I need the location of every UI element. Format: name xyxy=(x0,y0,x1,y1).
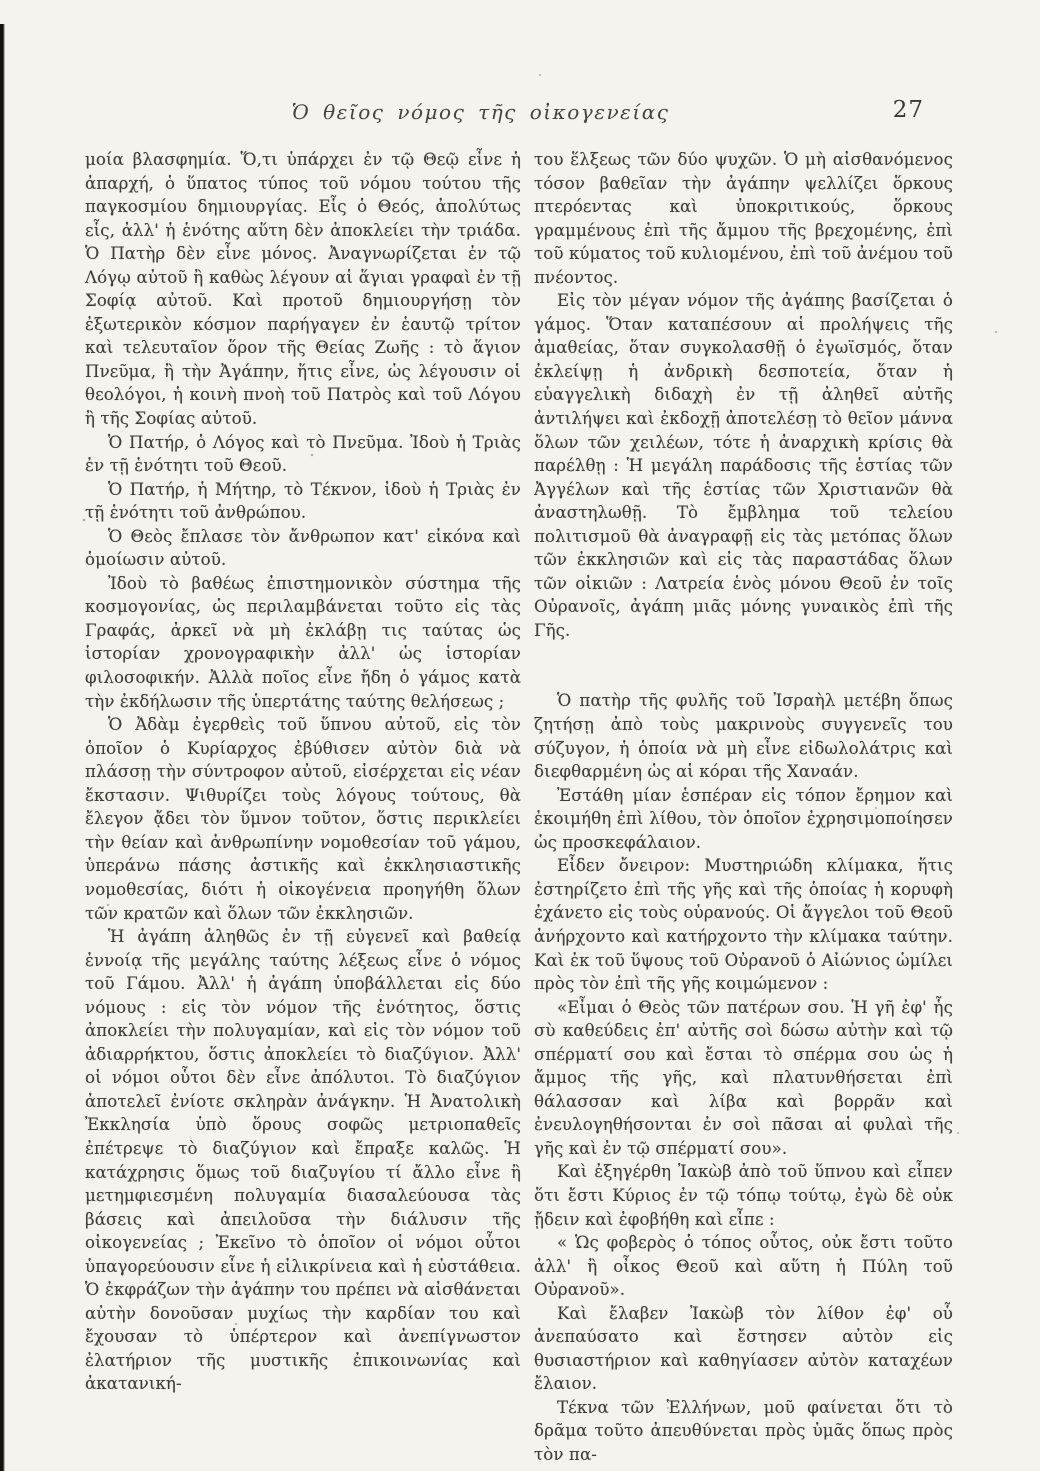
page-gutter-scan-artifact xyxy=(0,24,5,1471)
paragraph: Ὁ Πατήρ, ἡ Μήτηρ, τὸ Τέκνον, ἰδοὺ ἡ Τριὰ… xyxy=(85,478,521,525)
paragraph: « Ὡς φοβερὸς ὁ τόπος οὗτος, οὐκ ἔστι τοῦ… xyxy=(534,1231,953,1302)
text-body: μοία βλασφημία. Ὅ,τι ὑπάρχει ἐν τῷ Θεῷ ε… xyxy=(85,148,953,1467)
paragraph: Ἐστάθη μίαν ἑσπέραν εἰς τόπον ἔρημον καὶ… xyxy=(534,784,953,855)
paragraph: Ὁ Θεὸς ἔπλασε τὸν ἄνθρωπον κατ' εἰκόνα κ… xyxy=(85,525,521,572)
paragraph: του ἕλξεως τῶν δύο ψυχῶν. Ὁ μὴ αἰσθανόμε… xyxy=(534,148,953,289)
paragraph: μοία βλασφημία. Ὅ,τι ὑπάρχει ἐν τῷ Θεῷ ε… xyxy=(85,148,521,431)
right-column: του ἕλξεως τῶν δύο ψυχῶν. Ὁ μὴ αἰσθανόμε… xyxy=(534,148,953,1467)
running-title: Ὁ θεῖος νόμος τῆς οἰκογενείας xyxy=(47,100,914,124)
page-number: 27 xyxy=(893,97,924,123)
paragraph: Ἡ ἀγάπη ἀληθῶς ἐν τῇ εὐγενεῖ καὶ βαθείᾳ … xyxy=(85,925,521,1396)
paragraph: Ὁ πατὴρ τῆς φυλῆς τοῦ Ἰσραὴλ μετέβη ὅπως… xyxy=(534,689,953,783)
left-column: μοία βλασφημία. Ὅ,τι ὑπάρχει ἐν τῷ Θεῷ ε… xyxy=(85,148,521,1467)
paragraph: Ὁ Πατήρ, ὁ Λόγος καὶ τὸ Πνεῦμα. Ἰδοὺ ἡ Τ… xyxy=(85,431,521,478)
paragraph: Εἶδεν ὄνειρον: Μυστηριώδη κλίμακα, ἥτις … xyxy=(534,854,953,995)
scanned-book-page: Ὁ θεῖος νόμος τῆς οἰκογενείας 27 μοία βλ… xyxy=(0,0,1040,1471)
paragraph: «Εἶμαι ὁ Θεὸς τῶν πατέρων σου. Ἡ γῆ ἐφ' … xyxy=(534,996,953,1161)
paragraph: Καὶ ἔλαβεν Ἰακὼβ τὸν λίθον ἐφ' οὗ ἀνεπαύ… xyxy=(534,1302,953,1396)
page-header: Ὁ θεῖος νόμος τῆς οἰκογενείας 27 xyxy=(85,100,952,134)
paragraph: Εἰς τὸν μέγαν νόμον τῆς ἀγάπης βασίζεται… xyxy=(534,289,953,642)
paragraph: Ἰδοὺ τὸ βαθέως ἐπιστημονικὸν σύστημα τῆς… xyxy=(85,572,521,713)
paragraph: Καὶ ἐξηγέρθη Ἰακὼβ ἀπὸ τοῦ ὕπνου καὶ εἶπ… xyxy=(534,1160,953,1231)
paragraph: Ὁ Ἀδὰμ ἐγερθεὶς τοῦ ὕπνου αὐτοῦ, εἰς τὸν… xyxy=(85,713,521,925)
paragraph: Τέκνα τῶν Ἑλλήνων, μοῦ φαίνεται ὅτι τὸ δ… xyxy=(534,1396,953,1467)
